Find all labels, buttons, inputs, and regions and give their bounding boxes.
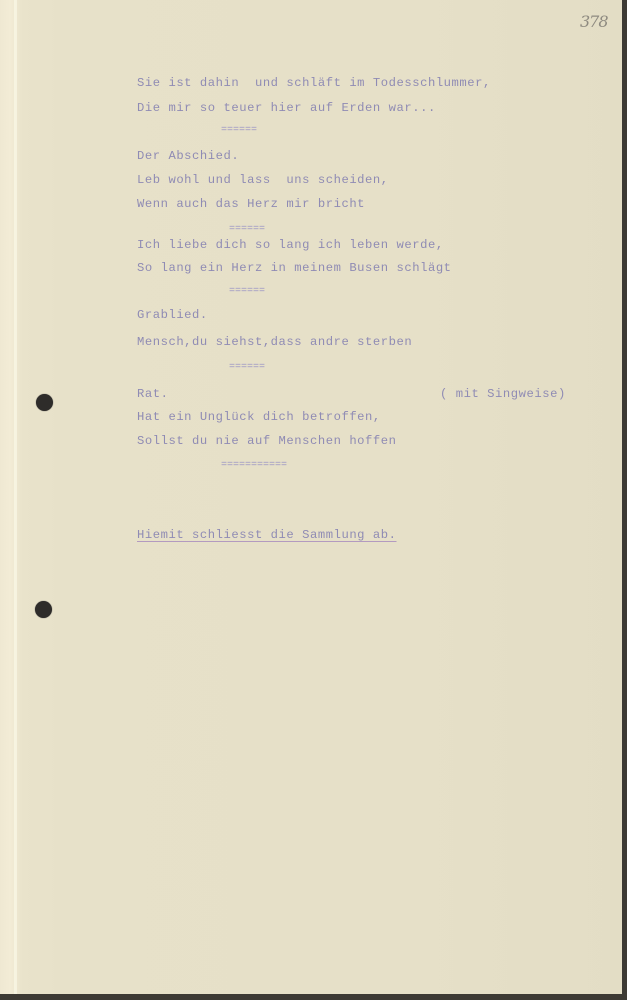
punch-hole (35, 601, 52, 618)
separator: ====== (229, 224, 265, 235)
punch-hole (36, 394, 53, 411)
text-line: So lang ein Herz in meinem Busen schlägt (137, 261, 452, 275)
section-title: Rat. (137, 387, 168, 401)
text-line: Wenn auch das Herz mir bricht (137, 197, 365, 211)
text-line: Hat ein Unglück dich betroffen, (137, 410, 381, 424)
document-page: 378 Sie ist dahin und schläft im Todessc… (0, 0, 622, 994)
text-line: Leb wohl und lass uns scheiden, (137, 173, 389, 187)
closing-line: Hiemit schliesst die Sammlung ab. (137, 528, 397, 542)
text-line: Sie ist dahin und schläft im Todesschlum… (137, 76, 491, 90)
text-line: Mensch,du siehst,dass andre sterben (137, 335, 412, 349)
annotation-note: ( mit Singweise) (440, 387, 566, 401)
text-line: Die mir so teuer hier auf Erden war... (137, 101, 436, 115)
page-number: 378 (580, 12, 608, 31)
separator: ====== (229, 362, 265, 373)
separator: ====== (221, 125, 257, 136)
separator: ====== (229, 286, 265, 297)
section-title: Grablied. (137, 308, 208, 322)
text-line: Ich liebe dich so lang ich leben werde, (137, 238, 444, 252)
separator: =========== (221, 460, 287, 471)
section-title: Der Abschied. (137, 149, 239, 163)
text-line: Sollst du nie auf Menschen hoffen (137, 434, 397, 448)
